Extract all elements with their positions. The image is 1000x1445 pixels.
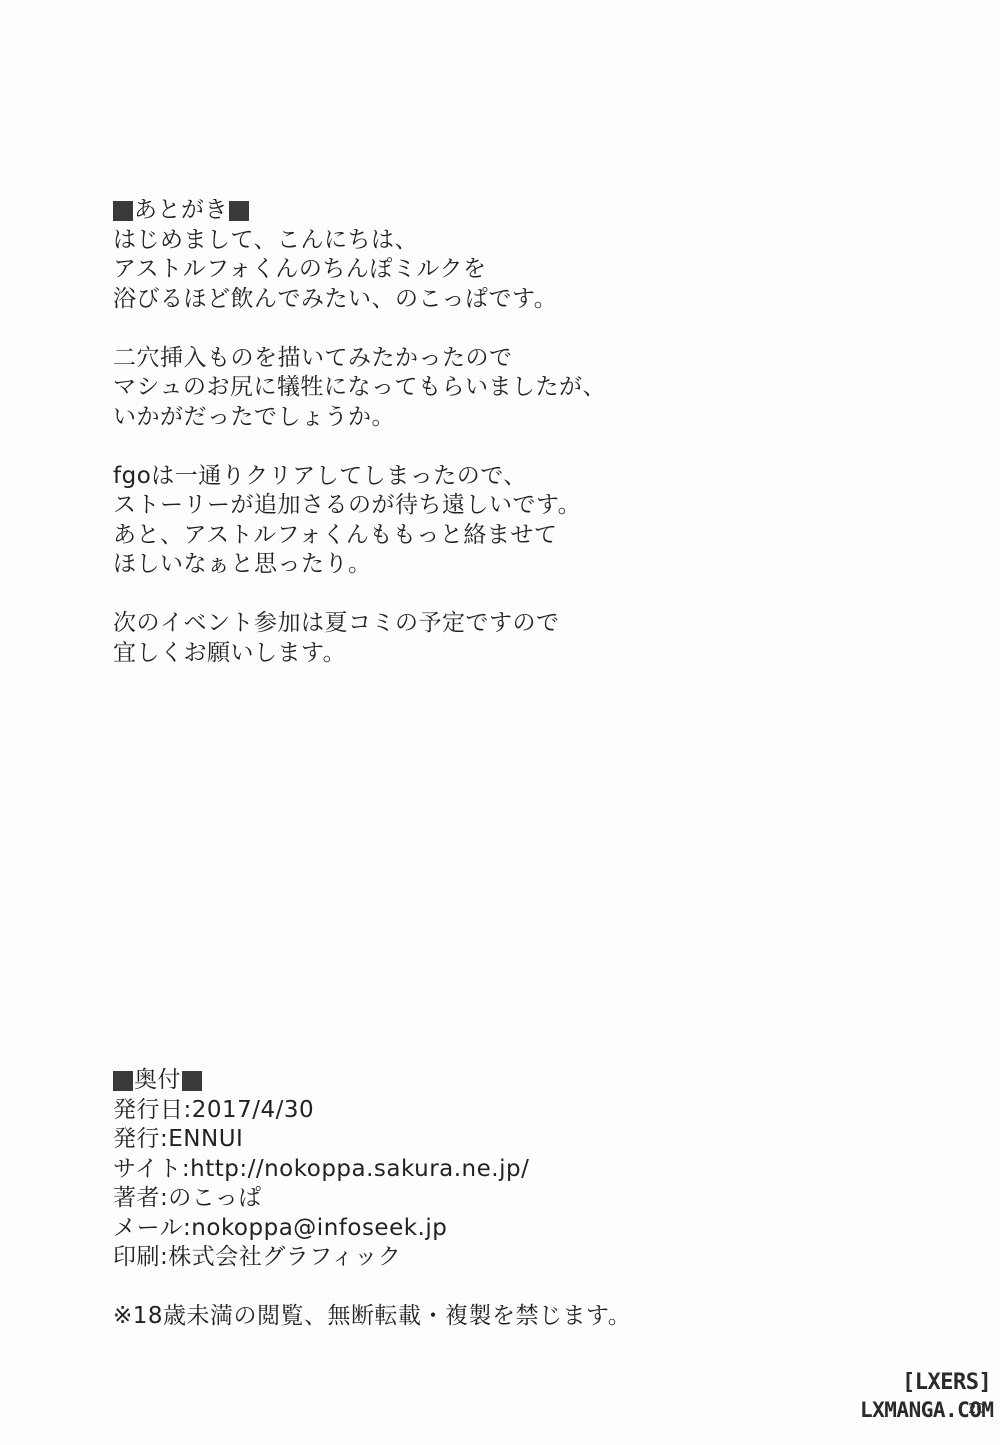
text-line: アストルフォくんのちんぽミルクを: [113, 255, 606, 285]
heading-square-icon: [229, 201, 249, 221]
paragraph-gap: [113, 432, 606, 462]
site-url: サイト:http://nokoppa.sakura.ne.jp/: [113, 1155, 631, 1185]
email: メール:nokoppa@infoseek.jp: [113, 1214, 631, 1244]
afterword-paragraph-1: はじめまして、こんにちは、 アストルフォくんのちんぽミルクを 浴びるほど飲んでみ…: [113, 226, 606, 315]
colophon-section: 奥付 発行日:2017/4/30 発行:ENNUI サイト:http://nok…: [113, 1066, 631, 1332]
text-line: fgoは一通りクリアしてしまったので、: [113, 462, 606, 492]
text-line: はじめまして、こんにちは、: [113, 226, 606, 256]
text-line: あと、アストルフォくんももっと絡ませて: [113, 521, 606, 551]
afterword-section: あとがき はじめまして、こんにちは、 アストルフォくんのちんぽミルクを 浴びるほ…: [113, 196, 606, 668]
paragraph-gap: [113, 580, 606, 610]
age-notice: ※18歳未満の閲覧、無断転載・複製を禁じます。: [113, 1302, 631, 1332]
text-line: 浴びるほど飲んでみたい、のこっぱです。: [113, 285, 606, 315]
printer: 印刷:株式会社グラフィック: [113, 1243, 631, 1273]
colophon-heading-text: 奥付: [134, 1066, 181, 1096]
afterword-heading: あとがき: [113, 196, 606, 226]
text-line: ほしいなぁと思ったり。: [113, 550, 606, 580]
afterword-paragraph-2: 二穴挿入ものを描いてみたかったので マシュのお尻に犠牲になってもらいましたが、 …: [113, 344, 606, 433]
text-line: マシュのお尻に犠牲になってもらいましたが、: [113, 373, 606, 403]
publish-date: 発行日:2017/4/30: [113, 1096, 631, 1126]
heading-square-icon: [182, 1071, 202, 1091]
paragraph-gap: [113, 314, 606, 344]
author: 著者:のこっぱ: [113, 1184, 631, 1214]
afterword-paragraph-4: 次のイベント参加は夏コミの予定ですので 宜しくお願いします。: [113, 609, 606, 668]
page-number: 20: [968, 1402, 985, 1417]
text-line: 宜しくお願いします。: [113, 639, 606, 669]
heading-square-icon: [113, 201, 133, 221]
text-line: 次のイベント参加は夏コミの予定ですので: [113, 609, 606, 639]
text-line: ストーリーが追加さるのが待ち遠しいです。: [113, 491, 606, 521]
watermark-line-1: [LXERS]: [902, 1370, 991, 1395]
afterword-heading-text: あとがき: [134, 196, 228, 226]
colophon-heading: 奥付: [113, 1066, 631, 1096]
publisher: 発行:ENNUI: [113, 1125, 631, 1155]
paragraph-gap: [113, 1273, 631, 1303]
text-line: いかがだったでしょうか。: [113, 403, 606, 433]
afterword-paragraph-3: fgoは一通りクリアしてしまったので、 ストーリーが追加さるのが待ち遠しいです。…: [113, 462, 606, 580]
heading-square-icon: [113, 1071, 133, 1091]
document-page: あとがき はじめまして、こんにちは、 アストルフォくんのちんぽミルクを 浴びるほ…: [0, 0, 1000, 1445]
text-line: 二穴挿入ものを描いてみたかったので: [113, 344, 606, 374]
